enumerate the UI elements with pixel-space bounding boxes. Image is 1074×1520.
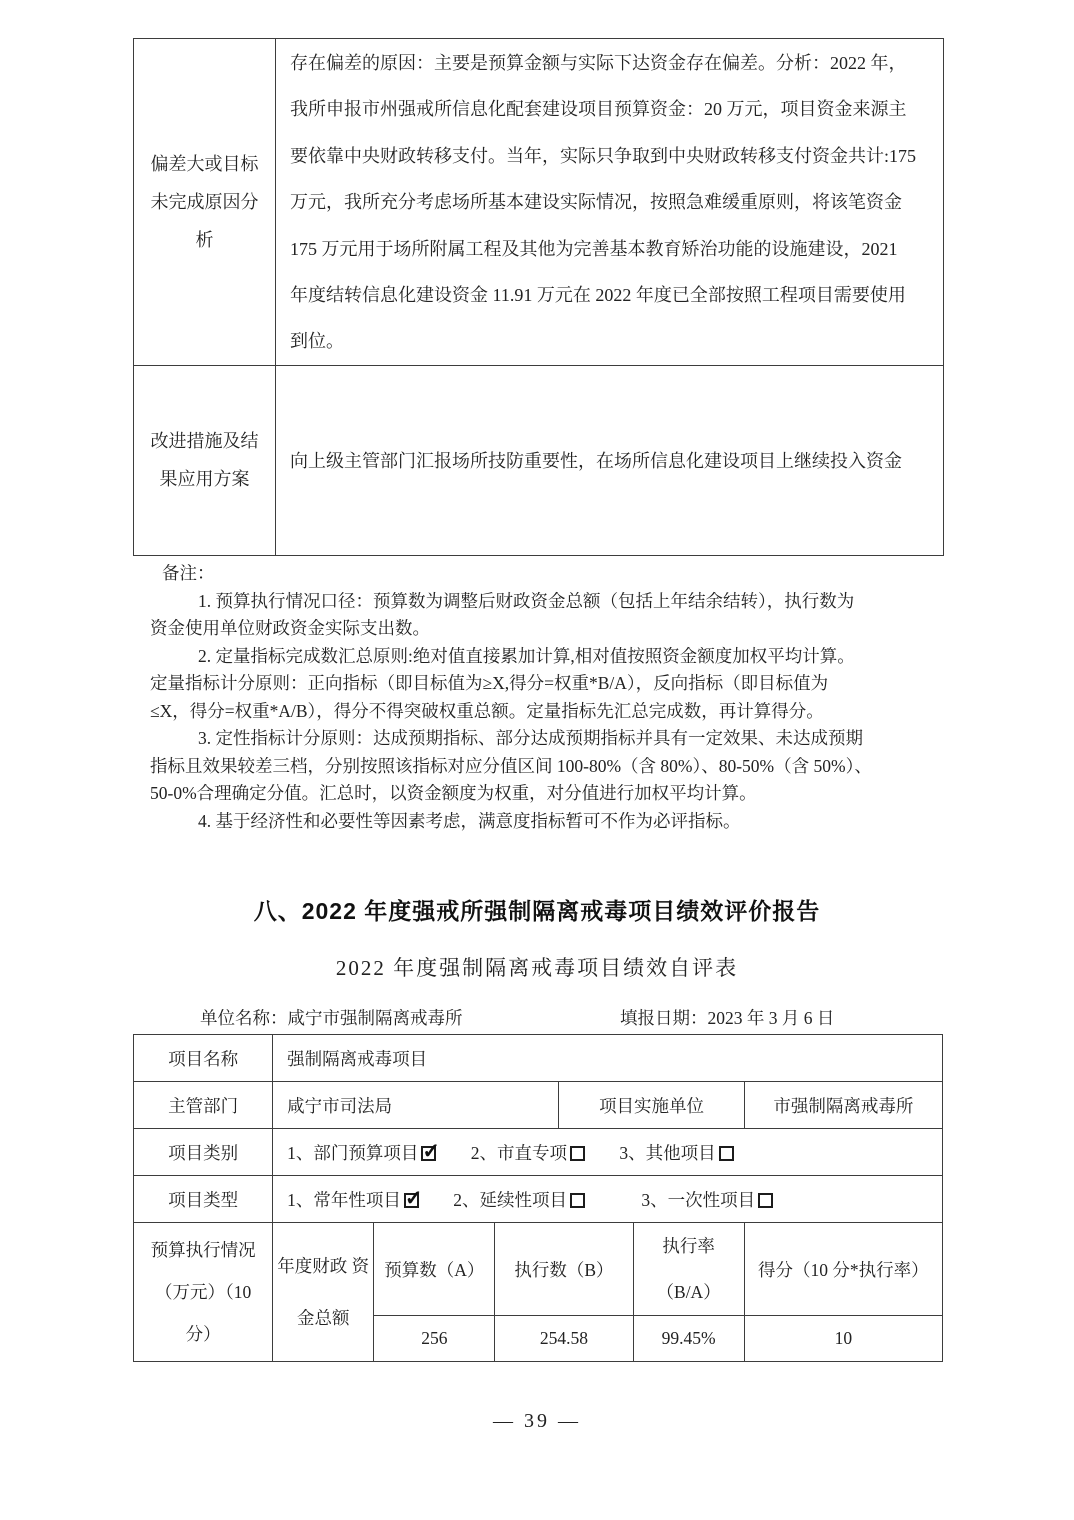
note-item-2: 2. 定量指标完成数汇总原则:绝对值直接累加计算,相对值按照资金额度加权平均计算…	[150, 643, 950, 726]
dept-label: 主管部门	[134, 1082, 273, 1129]
type-option-label: 3、一次性项目	[641, 1190, 755, 1210]
budget-value-a: 256	[374, 1316, 495, 1362]
deviation-analysis-table: 偏差大或目标 未完成原因分 析 存在偏差的原因：主要是预算金额与实际下达资金存在…	[133, 38, 944, 556]
checkbox-icon	[570, 1193, 585, 1208]
self-evaluation-table: 项目名称 强制隔离戒毒项目 主管部门 咸宁市司法局 项目实施单位 市强制隔离戒毒…	[133, 1034, 943, 1362]
table-row: 预算执行情况 （万元）（10 分） 年度财政 资金总额 预算数（A） 执行数（B…	[134, 1223, 943, 1316]
category-option-label: 1、部门预算项目	[287, 1143, 418, 1163]
category-label: 项目类别	[134, 1129, 273, 1176]
checkbox-icon	[758, 1193, 773, 1208]
category-option-label: 2、市直专项	[471, 1143, 567, 1163]
table-row: 改进措施及结 果应用方案 向上级主管部门汇报场所技防重要性，在场所信息化建设项目…	[134, 365, 944, 555]
budget-value-score: 10	[744, 1316, 942, 1362]
deviation-row-label: 偏差大或目标 未完成原因分 析	[134, 39, 276, 366]
table-row: 项目类型 1、常年性项目 2、延续性项目 3、一次性项目	[134, 1176, 943, 1223]
category-option-label: 3、其他项目	[619, 1143, 715, 1163]
type-option-label: 2、延续性项目	[453, 1190, 567, 1210]
report-title: 八、2022 年度强戒所强制隔离戒毒项目绩效评价报告	[0, 893, 1074, 926]
unit-name-label: 单位名称：	[200, 1008, 288, 1028]
project-name-value: 强制隔离戒毒项目	[273, 1035, 943, 1082]
table-row: 偏差大或目标 未完成原因分 析 存在偏差的原因：主要是预算金额与实际下达资金存在…	[134, 39, 944, 366]
budget-header-score: 得分（10 分*执行率）	[744, 1223, 942, 1316]
budget-row-label: 预算执行情况 （万元）（10 分）	[134, 1223, 273, 1362]
table-row: 项目名称 强制隔离戒毒项目	[134, 1035, 943, 1082]
budget-header-rate: 执行率 （B/A）	[633, 1223, 744, 1316]
checkbox-icon	[570, 1146, 585, 1161]
report-date-label: 填报日期：	[620, 1008, 708, 1028]
checkbox-icon	[404, 1193, 419, 1208]
report-date-value: 2023 年 3 月 6 日	[708, 1008, 835, 1028]
budget-total-label: 年度财政 资金总额	[273, 1223, 374, 1362]
form-title: 2022 年度强制隔离戒毒项目绩效自评表	[0, 952, 1074, 982]
budget-header-b: 执行数（B）	[495, 1223, 633, 1316]
type-label: 项目类型	[134, 1176, 273, 1223]
notes-section: 备注： 1. 预算执行情况口径：预算数为调整后财政资金总额（包括上年结余结转），…	[150, 560, 950, 835]
page-number: — 39 —	[0, 1410, 1074, 1433]
budget-value-b: 254.58	[495, 1316, 633, 1362]
note-item-1: 1. 预算执行情况口径：预算数为调整后财政资金总额（包括上年结余结转），执行数为…	[150, 588, 950, 643]
type-option-label: 1、常年性项目	[287, 1190, 401, 1210]
impl-unit-value: 市强制隔离戒毒所	[744, 1082, 942, 1129]
type-options: 1、常年性项目 2、延续性项目 3、一次性项目	[273, 1176, 943, 1223]
improvement-row-content: 向上级主管部门汇报场所技防重要性，在场所信息化建设项目上继续投入资金	[276, 365, 944, 555]
improvement-row-label: 改进措施及结 果应用方案	[134, 365, 276, 555]
unit-name-field: 单位名称：咸宁市强制隔离戒毒所	[200, 1005, 463, 1030]
note-item-4: 4. 基于经济性和必要性等因素考虑，满意度指标暂可不作为必评指标。	[150, 808, 950, 836]
budget-value-rate: 99.45%	[633, 1316, 744, 1362]
project-name-label: 项目名称	[134, 1035, 273, 1082]
impl-unit-label: 项目实施单位	[559, 1082, 744, 1129]
unit-name-value: 咸宁市强制隔离戒毒所	[288, 1008, 463, 1028]
deviation-row-content: 存在偏差的原因：主要是预算金额与实际下达资金存在偏差。分析：2022 年， 我所…	[276, 39, 944, 366]
document-page: 偏差大或目标 未完成原因分 析 存在偏差的原因：主要是预算金额与实际下达资金存在…	[0, 0, 1074, 1520]
table-row: 项目类别 1、部门预算项目 2、市直专项 3、其他项目	[134, 1129, 943, 1176]
note-item-3: 3. 定性指标计分原则：达成预期指标、部分达成预期指标并具有一定效果、未达成预期…	[150, 725, 950, 808]
notes-title: 备注：	[150, 560, 950, 588]
budget-header-a: 预算数（A）	[374, 1223, 495, 1316]
table-row: 主管部门 咸宁市司法局 项目实施单位 市强制隔离戒毒所	[134, 1082, 943, 1129]
dept-value: 咸宁市司法局	[273, 1082, 559, 1129]
report-date-field: 填报日期：2023 年 3 月 6 日	[620, 1005, 834, 1030]
checkbox-icon	[719, 1146, 734, 1161]
category-options: 1、部门预算项目 2、市直专项 3、其他项目	[273, 1129, 943, 1176]
checkbox-icon	[421, 1146, 436, 1161]
